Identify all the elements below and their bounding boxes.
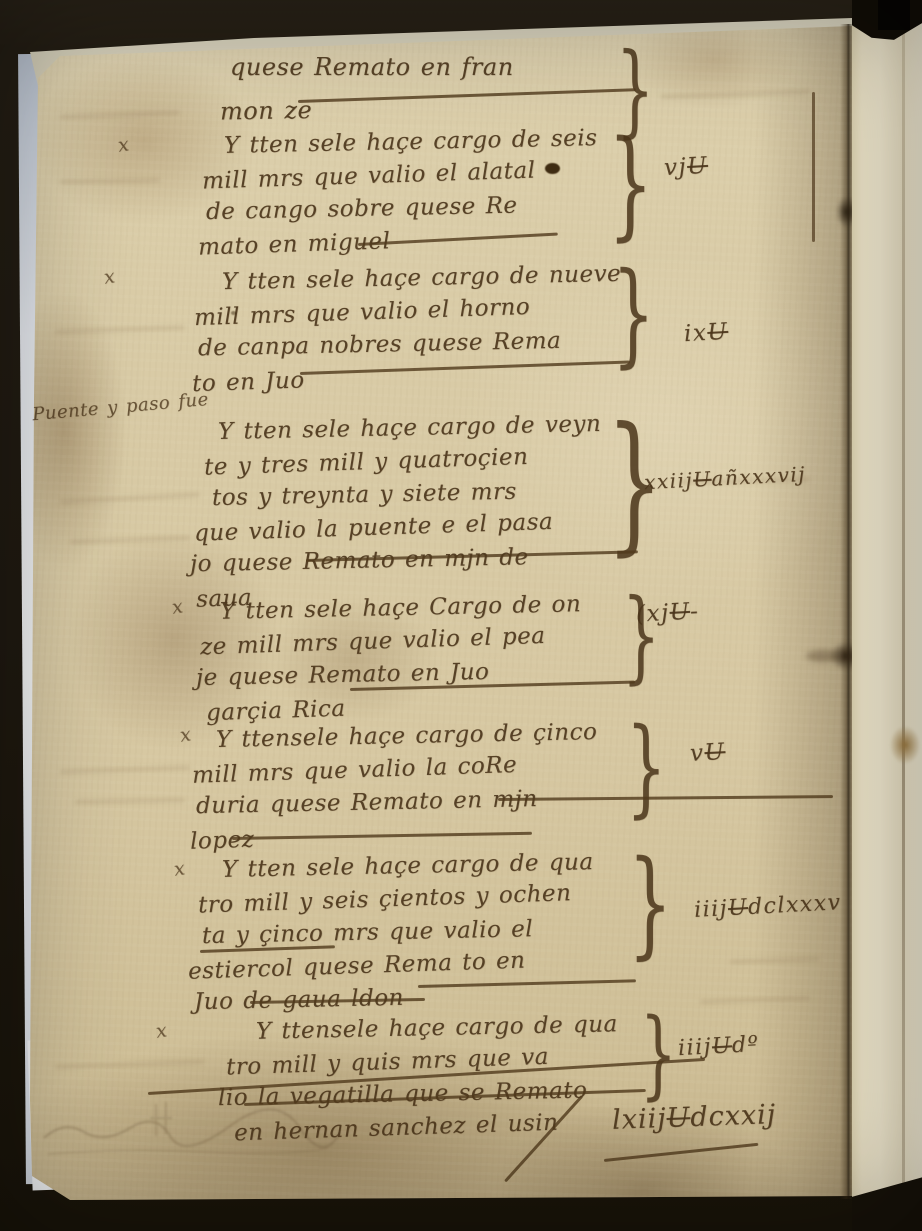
bleedthrough-mark [660,90,810,99]
pen-stroke [604,1143,758,1162]
bleedthrough-mark [730,957,820,964]
carryover-text: quese Remato en fran mon ze [230,46,514,130]
calderon-thousands-mark: U [692,467,712,492]
ink-layer: quese Remato en fran mon ze } Puente y p… [0,0,922,1231]
bleedthrough-mark [55,1060,205,1069]
bleedthrough-mark [60,493,200,504]
amount-maravedis: vU [689,739,726,767]
entry-check-mark: x [171,595,185,618]
account-entry: Y tten sele haçe cargo de quatro mill y … [188,850,594,1015]
calderon-thousands-mark: U [669,599,691,626]
ink-blot [545,163,560,174]
entry-check-mark: x [117,133,131,156]
entry-brace: } [640,1006,677,1102]
bleedthrough-mark [55,325,185,334]
amount-maravedis: xxiijUañxxxvij [643,462,806,494]
bleedthrough-mark [60,178,160,184]
calderon-thousands-mark: U [666,1102,691,1134]
calderon-thousands-mark: U [707,319,729,346]
bleedthrough-mark [700,996,810,1004]
bleedthrough-mark [70,536,190,544]
faded-marginalia [38,1096,348,1168]
entry-check-mark: x [103,265,117,288]
account-entry: Y tten sele haçe Cargo de onze mill mrs … [196,592,581,724]
manuscript-line: quese Remato en fran [230,46,514,88]
amount-maravedis: vjU [663,153,708,181]
account-entry: Y tten sele haçe cargo de seismill mrs q… [198,126,597,258]
ink-speck [231,311,236,315]
calderon-thousands-mark: U [727,895,748,921]
account-entry: Y tten sele haçe cargo de veynte y tres … [188,412,601,610]
pen-stroke-vertical [812,92,815,242]
bleedthrough-mark [75,798,185,804]
entry-check-mark: x [173,857,187,880]
calderon-thousands-mark: U [686,153,708,180]
manuscript-photo: quese Remato en fran mon ze } Puente y p… [0,0,922,1231]
calderon-thousands-mark: U [711,1033,732,1059]
bleedthrough-mark [60,765,190,774]
entry-brace: } [612,258,655,370]
amount-maravedis: iiijUdclxxxv [693,890,842,923]
entry-brace: } [608,124,653,242]
amount-maravedis: iiijUdº [677,1032,760,1061]
calderon-thousands-mark: U [704,739,726,766]
account-entry: Y tten sele haçe cargo de nuevemill mrs … [192,262,621,394]
amount-maravedis: (xjU- [635,598,700,627]
total-amount: lxiijUdcxxij [612,1099,777,1136]
bleedthrough-mark [60,111,180,119]
entry-brace: } [628,846,673,962]
account-entry: Y ttensele haçe cargo de çincomill mrs q… [190,720,597,852]
amount-maravedis: ixU [683,319,729,347]
entry-check-mark: x [155,1019,169,1042]
entry-brace: } [626,714,667,820]
